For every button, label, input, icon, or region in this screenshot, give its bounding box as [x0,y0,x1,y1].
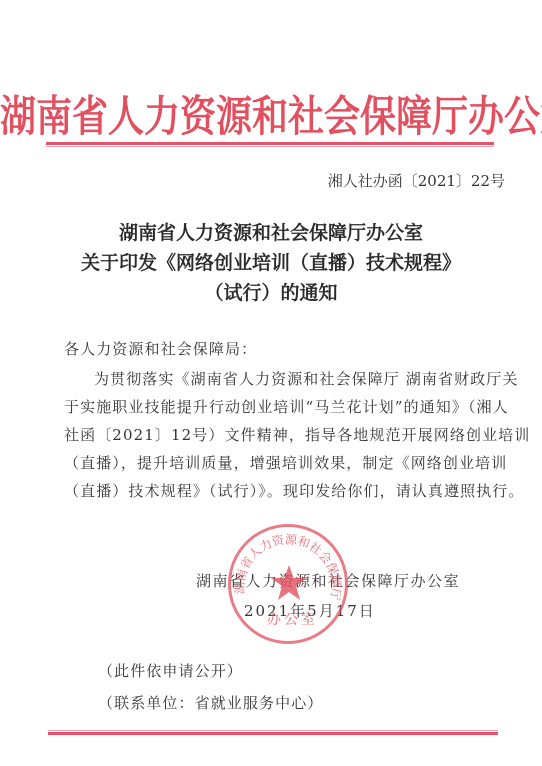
body-line-3: 社函〔2021〕12号）文件精神，指导各地规范开展网络创业培训 [64,424,530,445]
seal-bottom-text: 办公室 [267,609,318,629]
salutation: 各人力资源和社会保障局： [64,338,257,359]
footer-divider [48,732,498,735]
letterhead-divider [46,142,494,145]
disclosure-note: （此件依申请公开） [98,660,243,681]
letterhead-divider-shadow [46,146,494,147]
document-title-line-3: （试行）的通知 [0,278,542,305]
document-number: 湘人社办函〔2021〕22号 [0,170,505,191]
footer-divider-shadow [48,730,498,731]
letterhead-title: 湖南省人力资源和社会保障厅办公室 [0,84,542,144]
body-line-1: 为贯彻落实《湖南省人力资源和社会保障厅 湖南省财政厅关 [94,368,518,389]
svg-text:湖南省人力资源和社会保障厅: 湖南省人力资源和社会保障厅 [232,531,344,601]
body-line-5: （直播）技术规程》（试行）》。现印发给你们，请认真遵照执行。 [64,480,525,501]
body-line-4: （直播），提升培训质量，增强培训效果，制定《网络创业培训 [64,452,507,473]
official-seal: 湖南省人力资源和社会保障厅 办公室 [228,524,348,644]
contact-note: （联系单位：省就业服务中心） [98,692,323,713]
document-title-line-2: 关于印发《网络创业培训（直播）技术规程》 [0,248,542,275]
body-line-2: 于实施职业技能提升行动创业培训“马兰花计划”的通知》（湘人 [64,396,509,417]
document-title-line-1: 湖南省人力资源和社会保障厅办公室 [0,218,542,245]
